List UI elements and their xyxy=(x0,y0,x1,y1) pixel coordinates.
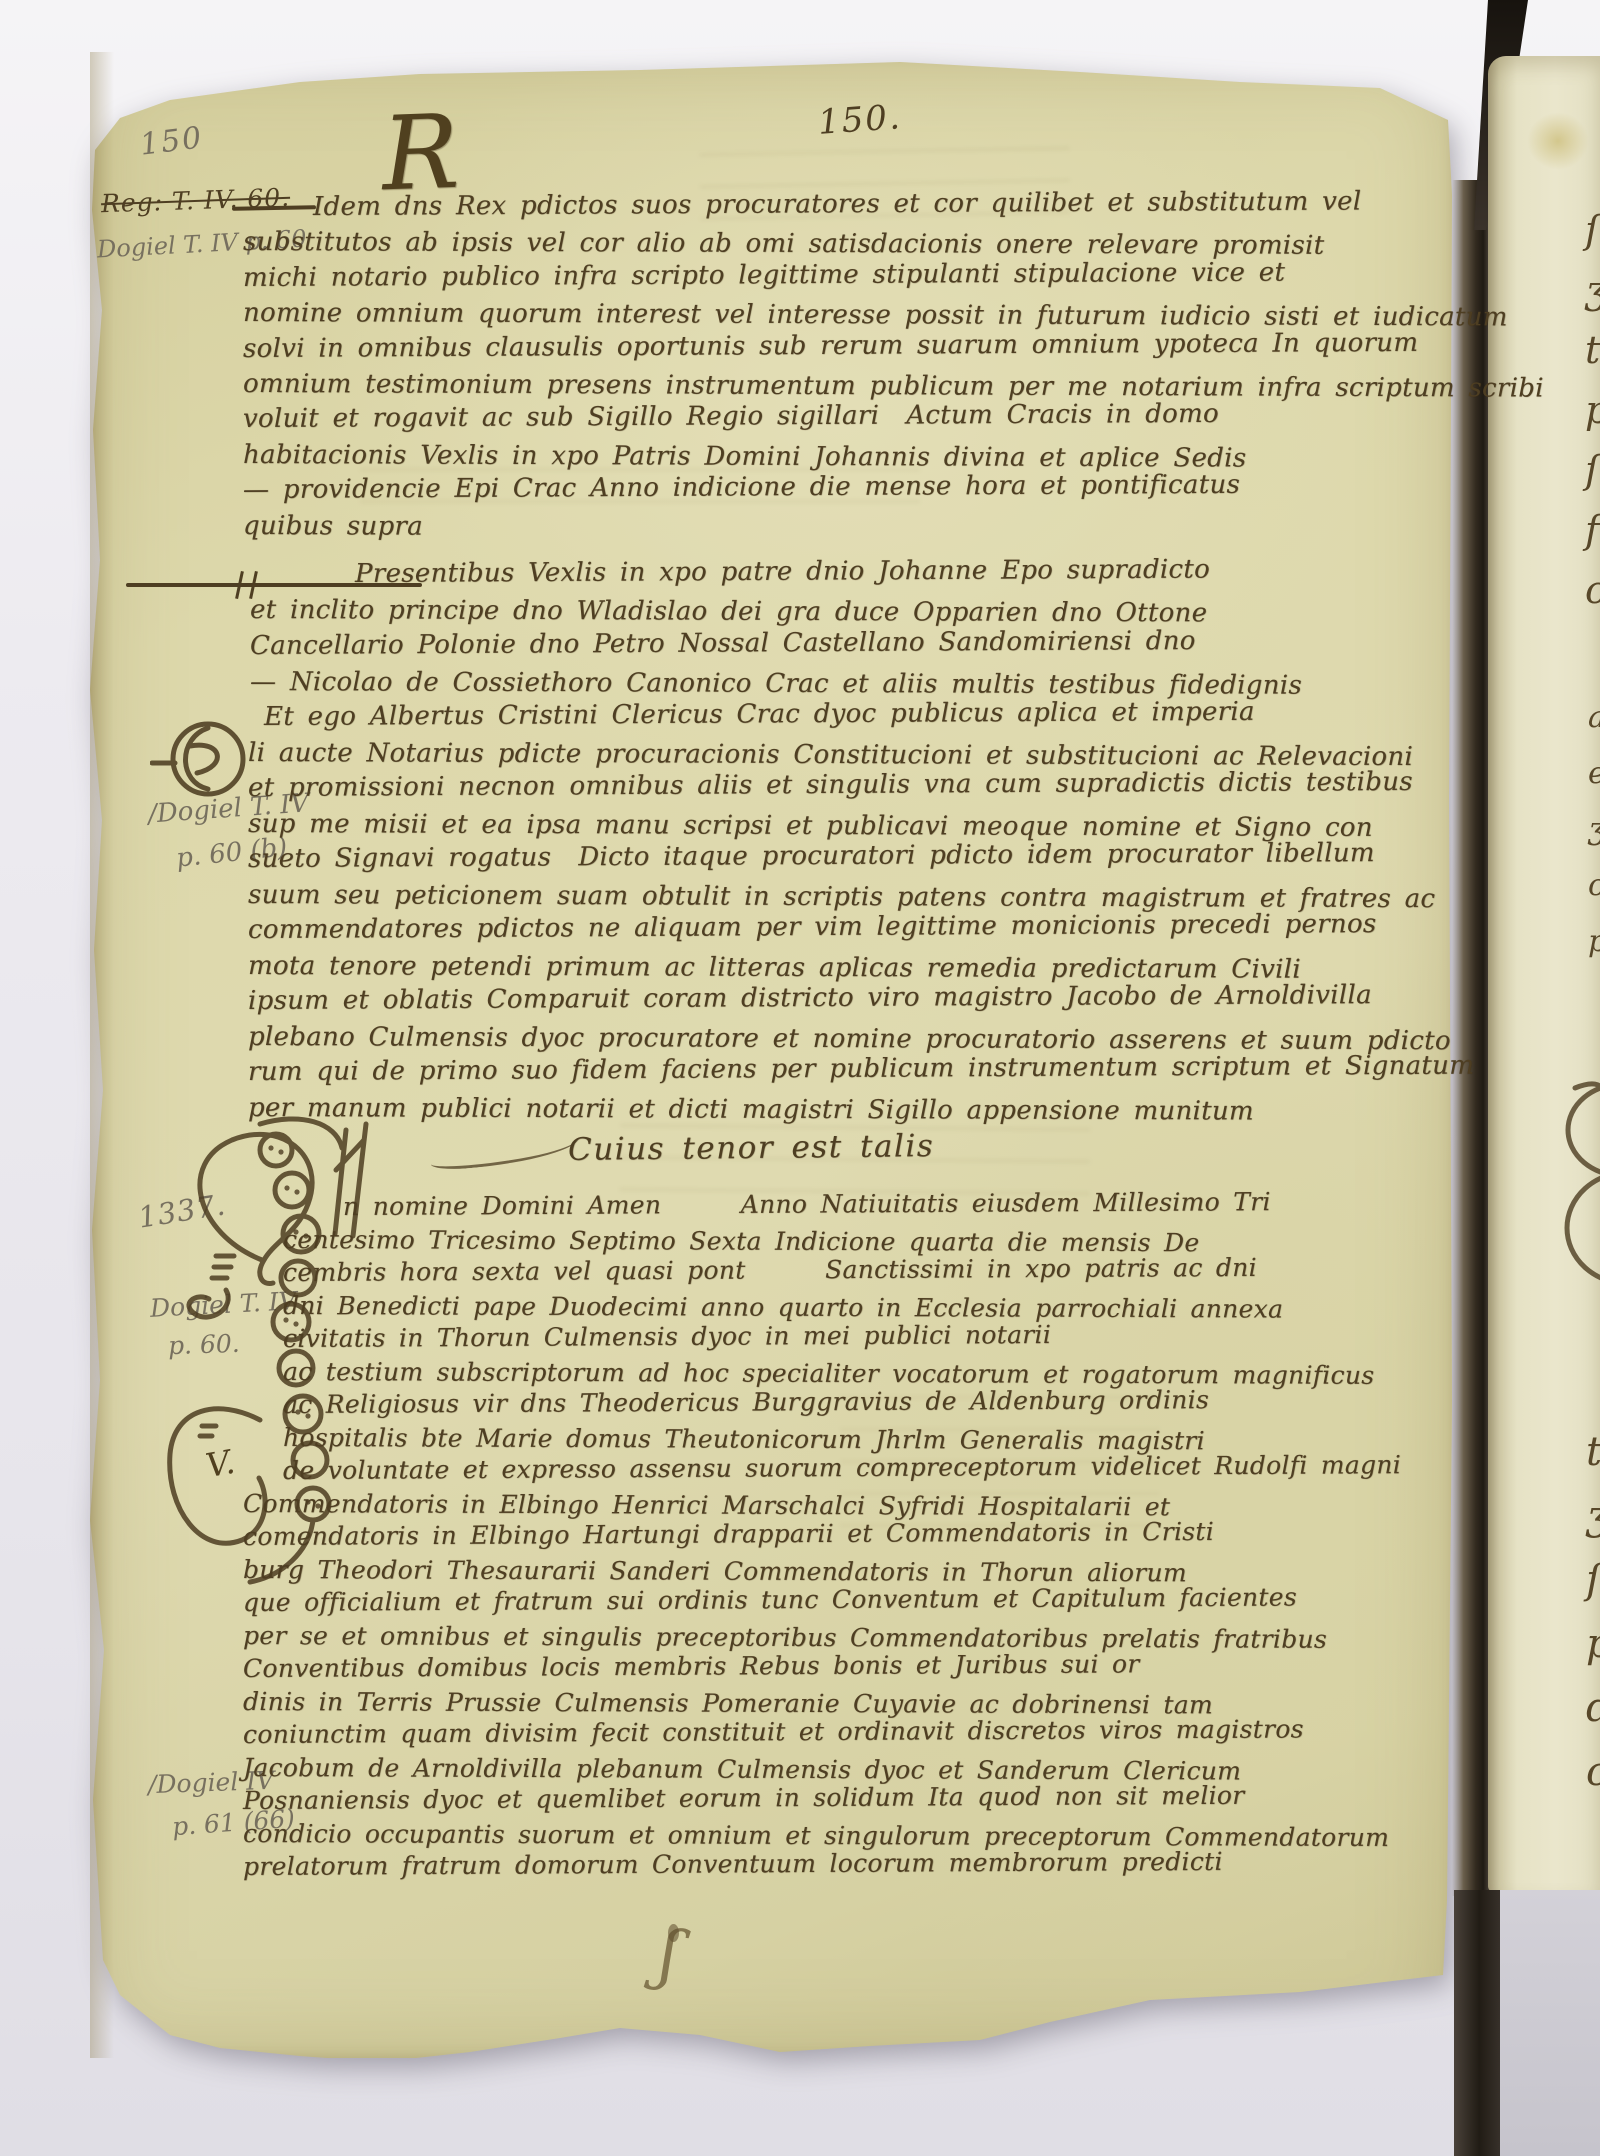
manuscript-text-line: Et ego Albertus Cristini Clericus Crac d… xyxy=(264,694,1474,736)
cut-off-letter-fragment: d xyxy=(1586,1676,1600,1740)
cut-off-letter-fragment: o xyxy=(1588,858,1600,914)
manuscript-text-line: et promissioni necnon omnibus aliis et s… xyxy=(248,765,1474,807)
manuscript-text-line: per manum publici notarii et dicti magis… xyxy=(248,1091,1474,1131)
cut-off-letter-fragment: ʒ xyxy=(1588,802,1600,858)
manuscript-text-line: de voluntate et expresso assensu suorum … xyxy=(283,1448,1401,1487)
cut-off-letter-fragment: ʒ xyxy=(1585,260,1600,320)
section-heading-cuius-tenor: Cuius tenor est talis xyxy=(568,1128,935,1168)
scanner-bed-corner xyxy=(1500,1890,1600,2156)
paragraph-4-in-nomine-domini: n nomine Domini Amen Anno Natiuitatis ei… xyxy=(243,1190,1401,1883)
manuscript-text-line: ac Religiosus vir dns Theodericus Burggr… xyxy=(283,1382,1401,1421)
cut-off-letter-fragment: p xyxy=(1588,914,1600,970)
manuscript-text-line: comendatoris in Elbingo Hartungi drappar… xyxy=(243,1514,1401,1553)
cut-off-letter-fragment: o xyxy=(1586,1740,1600,1804)
manuscript-text-line: n nomine Domini Amen Anno Natiuitatis ei… xyxy=(343,1184,1401,1223)
manuscript-text-line: commendatores pdictos ne aliquam per vim… xyxy=(248,907,1474,949)
folio-number-ink: 150. xyxy=(817,97,903,143)
cut-off-letter-fragment: ſ xyxy=(1585,200,1600,260)
manuscript-text-line: — providencie Epi Crac Anno indicione di… xyxy=(243,466,1544,508)
cut-off-letter-fragment: t xyxy=(1586,1420,1600,1484)
cut-off-letter-fragment: e xyxy=(1588,746,1600,802)
book-spine-bottom xyxy=(1454,1890,1500,2156)
paragraph-3-notary-subscription: Et ego Albertus Cristini Clericus Crac d… xyxy=(248,700,1474,1126)
cut-off-letter-fragment: ʒ xyxy=(1586,1484,1600,1548)
cut-off-letter-fragment: ſt xyxy=(1585,440,1600,500)
manuscript-text-line: Conventibus domibus locis membris Rebus … xyxy=(243,1646,1401,1685)
manuscript-text-line: prelatorum fratrum domorum Conventuum lo… xyxy=(243,1844,1401,1883)
quire-mark-blob xyxy=(668,1924,679,1942)
manuscript-text-line: coniunctim quam divisim fecit constituit… xyxy=(243,1712,1401,1751)
cut-off-letter-fragment: p xyxy=(1586,1612,1600,1676)
manuscript-text-line: rum qui de primo suo fidem faciens per p… xyxy=(248,1049,1474,1091)
manuscript-text-line: Presentibus Vexlis in xpo patre dnio Joh… xyxy=(355,551,1302,592)
right-page-text-fragments: ſʒtpſtfo xyxy=(1585,200,1600,620)
paragraph-1-notarial-closing: Idem dns Rex pdictos suos procuratores e… xyxy=(243,190,1544,544)
right-page-text-fragments: tʒſpdo xyxy=(1586,1420,1600,1804)
cut-off-letter-fragment: o xyxy=(1585,560,1600,620)
manuscript-text-line: voluit et rogavit ac sub Sigillo Regio s… xyxy=(243,396,1544,438)
manuscript-text-line: sueto Signavi rogatus Dicto itaque procu… xyxy=(248,836,1474,878)
cut-off-letter-fragment: ſ xyxy=(1586,1548,1600,1612)
right-page-text-fragments: aeʒop xyxy=(1588,690,1600,970)
left-page-torn-edge xyxy=(90,52,114,2058)
manuscript-text-line: michi notario publico infra scripto legi… xyxy=(243,254,1544,296)
manuscript-text-line: cembris hora sexta vel quasi pont Sancti… xyxy=(283,1250,1401,1289)
manuscript-text-line: Idem dns Rex pdictos suos procuratores e… xyxy=(313,184,1544,226)
parchment-stain xyxy=(1527,112,1589,170)
manuscript-text-line: que officialium et fratrum sui ordinis t… xyxy=(243,1580,1401,1619)
manuscript-text-line: quibus supra xyxy=(243,509,1544,549)
cut-off-letter-fragment: p xyxy=(1585,380,1600,440)
marginal-scribble xyxy=(1545,1078,1600,1318)
manuscript-text-line: Cancellario Polonie dno Petro Nossal Cas… xyxy=(250,622,1302,664)
scanned-manuscript-view: { "folio": { "number_ink": "150.", "numb… xyxy=(0,0,1600,2156)
manuscript-text-line: Posnaniensis dyoc et quemlibet eorum in … xyxy=(243,1778,1401,1817)
cut-off-letter-fragment: a xyxy=(1588,690,1600,746)
manuscript-text-line: ipsum et oblatis Comparuit coram distric… xyxy=(248,978,1474,1020)
manuscript-text-line: civitatis in Thorun Culmensis dyoc in me… xyxy=(283,1316,1401,1355)
cut-off-letter-fragment: t xyxy=(1585,320,1600,380)
decorated-initial-et xyxy=(150,710,262,808)
manuscript-text-line: solvi in omnibus clausulis oportunis sub… xyxy=(243,325,1544,367)
paragraph-2-witness-list: Presentibus Vexlis in xpo patre dnio Joh… xyxy=(250,556,1302,700)
cut-off-letter-fragment: f xyxy=(1585,500,1600,560)
